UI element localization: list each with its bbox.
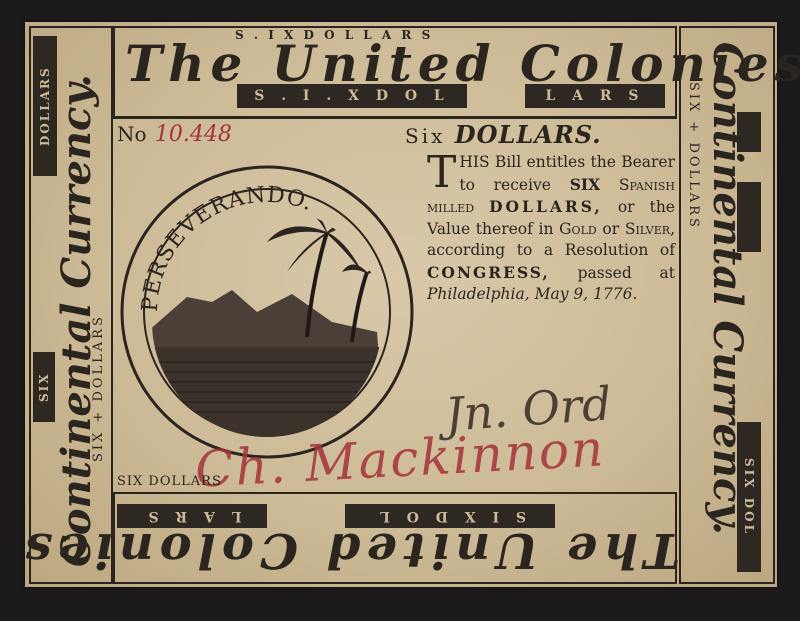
bill-caps-3: Silver bbox=[625, 220, 670, 238]
bill-caps-2: Gold bbox=[559, 220, 597, 238]
left-small-text: SIX + DOLLARS bbox=[91, 314, 106, 462]
continental-currency-note: The United Colonies S . I X D O L L A R … bbox=[25, 22, 777, 587]
top-bar-left: S . I . X D O L bbox=[237, 84, 467, 108]
top-small-text: S . I X D O L L A R S bbox=[235, 28, 433, 42]
top-bar-right: L A R S bbox=[525, 84, 665, 108]
serial-number: No 10.448 bbox=[117, 122, 232, 147]
serial-label: No bbox=[117, 122, 147, 146]
right-small-text: SIX + DOLLARS bbox=[686, 82, 701, 230]
perseverando-seal: PERSEVERANDO. bbox=[117, 162, 417, 462]
bill-date: Philadelphia, May 9, 1776. bbox=[427, 285, 637, 303]
right-script: Continental Currency. bbox=[704, 42, 751, 535]
bill-strong-2: DOLLARS, bbox=[489, 197, 603, 216]
serial-value: 10.448 bbox=[155, 122, 232, 147]
palm-fronds-icon bbox=[267, 202, 397, 277]
bottom-title: The United Colonies bbox=[19, 522, 680, 578]
bill-strong-1: SIX bbox=[570, 175, 600, 194]
bill-text-5: passed at bbox=[550, 264, 675, 282]
denomination: Six DOLLARS. bbox=[405, 120, 602, 149]
denomination-prefix: Six bbox=[405, 124, 445, 148]
six-dollars-small: SIX DOLLARS bbox=[117, 474, 222, 489]
bill-text: THIS Bill entitles the Bearer to receive… bbox=[427, 152, 675, 306]
drop-cap: T bbox=[427, 154, 456, 192]
bill-text-3: or bbox=[597, 220, 625, 238]
bill-strong-3: CONGRESS, bbox=[427, 263, 550, 282]
left-bar-six: SIX bbox=[33, 352, 55, 422]
denomination-word: DOLLARS. bbox=[455, 120, 602, 149]
